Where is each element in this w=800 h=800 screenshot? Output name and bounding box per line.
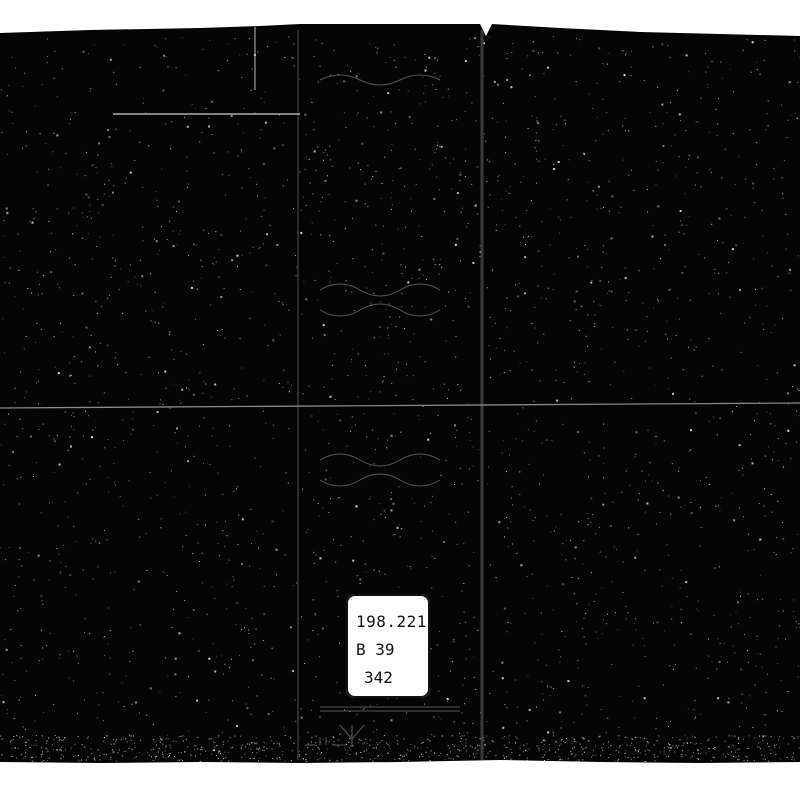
call-number-class: 198.221 bbox=[356, 612, 427, 631]
call-number-cutter: B 39 bbox=[356, 640, 395, 659]
call-number-suffix: 342 bbox=[364, 668, 393, 687]
call-number-label: 198.221 B 39 342 bbox=[346, 594, 430, 698]
